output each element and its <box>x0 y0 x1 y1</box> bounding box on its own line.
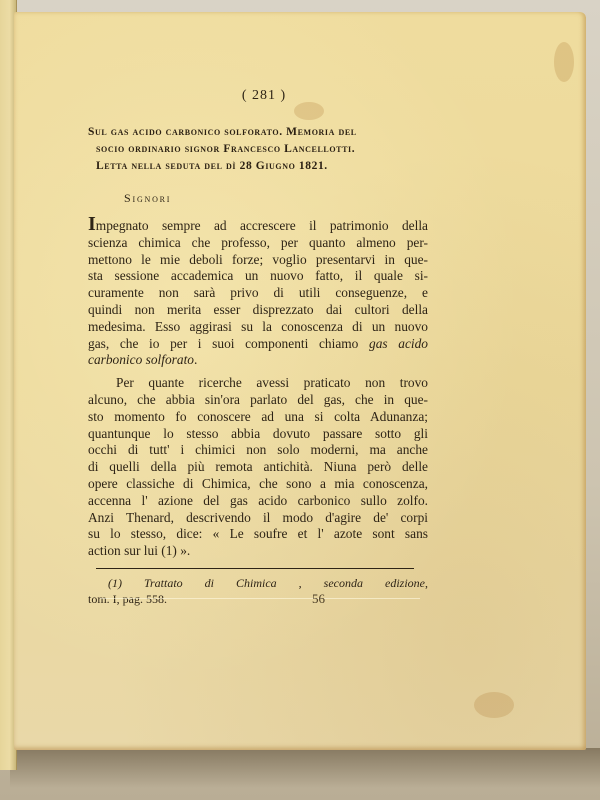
text-line: accenna l' azione del gas acido carbonic… <box>88 493 428 510</box>
footnote-citation: Trattato di Chimica , seconda edizione <box>144 576 425 590</box>
text-line: medesima. Esso aggirasi su la conoscenza… <box>88 319 428 336</box>
text-line: carbonico solforato. <box>88 352 428 369</box>
text-span: gas, che io per i suoi componenti chiamo <box>88 336 358 351</box>
page-text: ( 281 ) Sul gas acido carbonico solforat… <box>88 88 428 607</box>
text-span: mpegnato sempre ad accrescere il patrimo… <box>96 218 428 233</box>
text-line: alcuno, che abbia sin'ora parlato del ga… <box>88 392 428 409</box>
text-line: Anzi Thenard, descrivendo il modo d'agir… <box>88 510 428 527</box>
text-line: action sur lui (1) ». <box>88 543 428 560</box>
text-line: gas, che io per i suoi componenti chiamo… <box>88 336 428 353</box>
text-span: , <box>425 576 428 590</box>
text-span: . <box>194 352 197 367</box>
page-shadow <box>10 748 600 788</box>
text-line: Impegnato sempre ad accrescere il patrim… <box>88 218 428 235</box>
page-number: ( 281 ) <box>88 88 428 104</box>
title-line: Sul gas acido carbonico solforato. Memor… <box>88 124 428 141</box>
italic-term: carbonico solforato <box>88 352 194 367</box>
footnote-marker: (1) <box>108 576 122 590</box>
text-line: quindi non merita esser disprezzato dai … <box>88 302 428 319</box>
text-line: occhi di tutt' i chimici non solo modern… <box>88 442 428 459</box>
footnote-divider <box>96 568 414 569</box>
text-line: sta sessione accademica un nuovo fatto, … <box>88 268 428 285</box>
foxing-stain <box>474 692 514 718</box>
text-line: opere classiche di Chimica, che sono a m… <box>88 476 428 493</box>
paper-fold-line <box>100 598 420 599</box>
title-line: socio ordinario signor Francesco Lancell… <box>88 141 428 158</box>
article-title: Sul gas acido carbonico solforato. Memor… <box>88 124 428 175</box>
paragraph-1: Impegnato sempre ad accrescere il patrim… <box>88 218 428 369</box>
footnote-line: (1) Trattato di Chimica , seconda edizio… <box>88 575 428 591</box>
text-line: scienza chimica che professo, per quanto… <box>88 235 428 252</box>
title-line: Letta nella seduta del dì 28 Giugno 1821… <box>88 158 428 175</box>
salutation: Signori <box>124 191 428 206</box>
text-line: sto momento fo conoscere ad una si colta… <box>88 409 428 426</box>
text-line: Per quante ricerche avessi praticato non… <box>88 375 428 392</box>
signature-mark: 56 <box>312 591 325 607</box>
drop-cap: I <box>88 213 96 235</box>
text-line: di quelli della più remota antichità. Ni… <box>88 459 428 476</box>
footnote: (1) Trattato di Chimica , seconda edizio… <box>88 575 428 607</box>
text-line: su lo stesso, dice: « Le soufre et l' az… <box>88 526 428 543</box>
text-line: quantunque lo stesso abbia dovuto passar… <box>88 426 428 443</box>
text-line: mettono le mie deboli forze; voglio pres… <box>88 252 428 269</box>
italic-term: gas acido <box>369 336 428 351</box>
foxing-stain <box>554 42 574 82</box>
paragraph-2: Per quante ricerche avessi praticato non… <box>88 375 428 560</box>
text-line: curamente non sarà privo di utili conseg… <box>88 285 428 302</box>
